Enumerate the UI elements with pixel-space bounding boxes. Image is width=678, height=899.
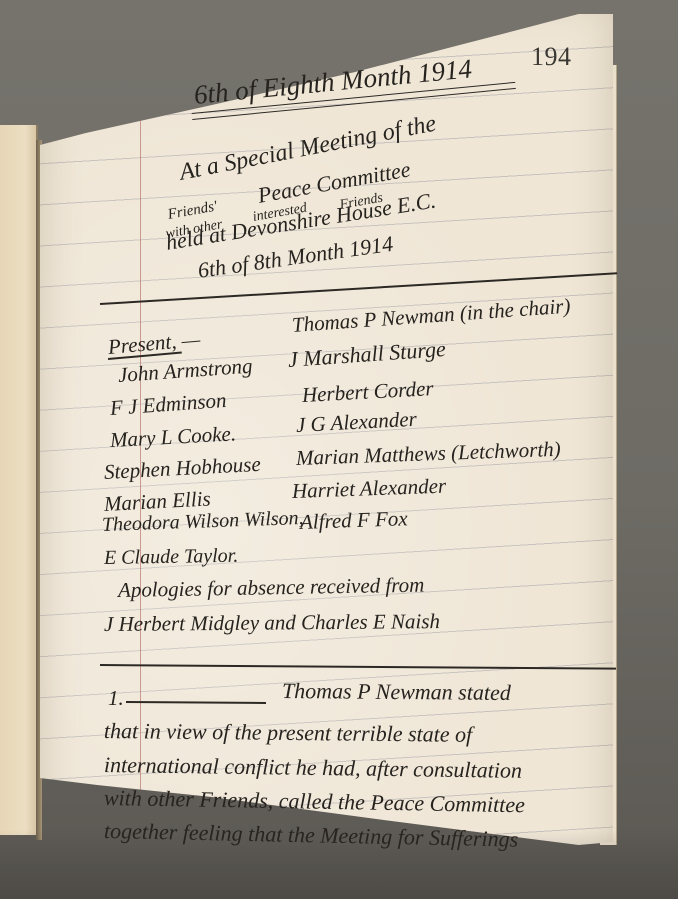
facing-page-edge: [0, 125, 38, 835]
apologies-names: J Herbert Midgley and Charles E Naish: [104, 609, 440, 637]
attendee-right: Alfred F Fox: [300, 506, 408, 535]
page-number: 194: [531, 42, 572, 72]
table-shadow: [0, 830, 678, 899]
minute-text-line: Thomas P Newman stated: [282, 678, 511, 706]
attendee-left: E Claude Taylor.: [104, 545, 239, 570]
minute-text-line: that in view of the present terrible sta…: [104, 718, 473, 748]
minute-number: 1.: [108, 686, 124, 711]
apologies-line: Apologies for absence received from: [118, 573, 425, 603]
